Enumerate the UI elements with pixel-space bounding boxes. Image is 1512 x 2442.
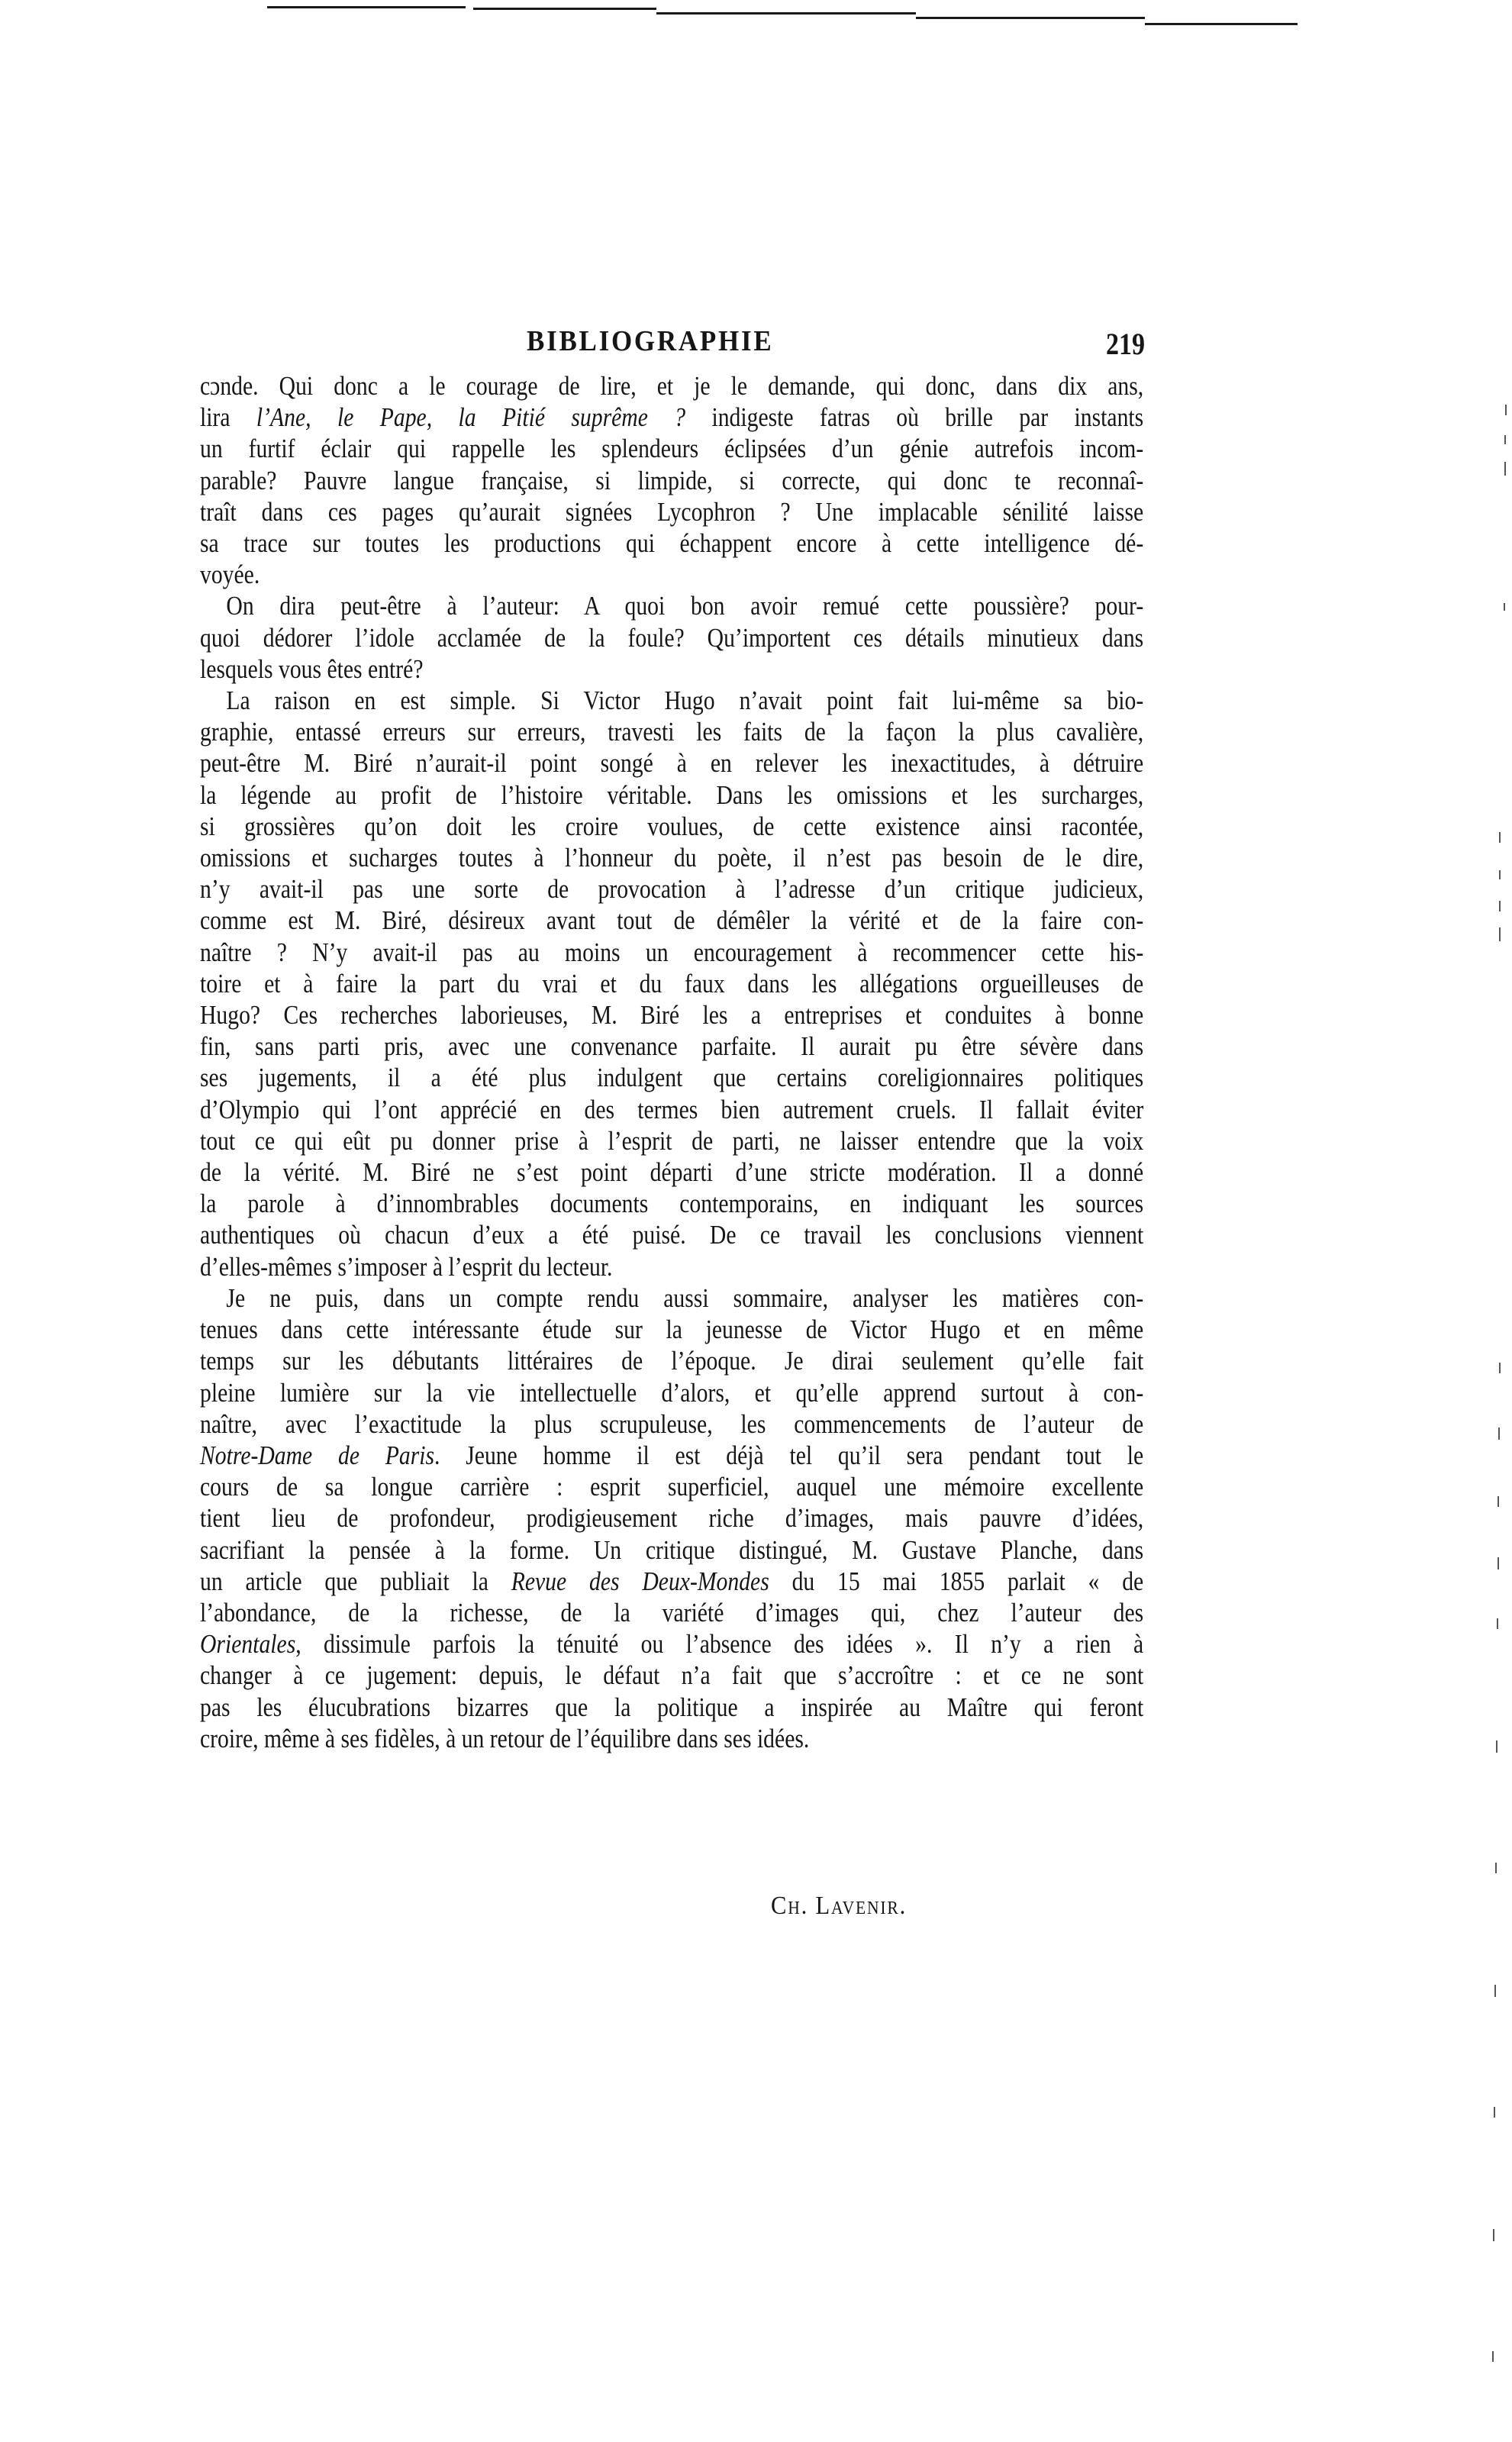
text-line: peut-être M. Biré n’aurait-il point song… [200, 748, 1143, 779]
text-line: lesquels vous êtes entré? [200, 654, 1143, 686]
text-line: toire et à faire la part du vrai et du f… [200, 969, 1143, 1000]
paragraph: Je ne puis, dans un compte rendu aussi s… [200, 1283, 1143, 1755]
text-line: omissions et sucharges toutes à l’honneu… [200, 843, 1143, 874]
text-line: comme est M. Biré, désireux avant tout d… [200, 905, 1143, 937]
text-line: de la vérité. M. Biré ne s’est point dép… [200, 1157, 1143, 1189]
text-run: lira [200, 403, 256, 432]
page-number: 219 [1106, 326, 1145, 362]
text-line: pas les élucubrations bizarres que la po… [200, 1692, 1143, 1724]
text-line: La raison en est simple. Si Victor Hugo … [200, 686, 1143, 717]
text-line: cours de sa longue carrière : esprit sup… [200, 1472, 1143, 1503]
text-run: indigeste fatras où brille par instants [685, 403, 1143, 432]
text-line: authentiques où chacun d’eux a été puisé… [200, 1220, 1143, 1251]
text-line: fin, sans parti pris, avec une convenanc… [200, 1031, 1143, 1063]
text-line: voyée. [200, 560, 1143, 591]
text-line: naître ? N’y avait-il pas au moins un en… [200, 937, 1143, 969]
running-head: BIBLIOGRAPHIE [527, 324, 773, 358]
text-run: du 15 mai 1855 parlait « de [769, 1567, 1143, 1596]
page-header: BIBLIOGRAPHIE 219 [200, 324, 1145, 361]
text-line: tout ce qui eût pu donner prise à l’espr… [200, 1126, 1143, 1157]
text-line: traît dans ces pages qu’aurait signées L… [200, 497, 1143, 528]
paragraph: cɔnde. Qui donc a le courage de lire, et… [200, 371, 1143, 591]
text-line: la légende au profit de l’histoire vérit… [200, 780, 1143, 811]
text-line: pleine lumière sur la vie intellectuelle… [200, 1378, 1143, 1409]
text-line: d’elles-mêmes s’imposer à l’esprit du le… [200, 1252, 1143, 1283]
author-signature: Ch. Lavenir. [771, 1892, 907, 1921]
text-line: Orientales, dissimule parfois la ténuité… [200, 1629, 1143, 1660]
text-line: d’Olympio qui l’ont apprécié en des term… [200, 1095, 1143, 1126]
text-line: Hugo? Ces recherches laborieuses, M. Bir… [200, 1000, 1143, 1031]
text-line: quoi dédorer l’idole acclamée de la foul… [200, 623, 1143, 654]
text-run: , dissimule parfois la ténuité ou l’abse… [295, 1630, 1143, 1659]
italic-title: Revue des Deux-Mondes [511, 1567, 769, 1596]
text-line: sacrifiant la pensée à la forme. Un crit… [200, 1535, 1143, 1566]
text-line: cɔnde. Qui donc a le courage de lire, et… [200, 371, 1143, 402]
text-run: un article que publiait la [200, 1567, 511, 1596]
paragraph: On dira peut-être à l’auteur: A quoi bon… [200, 591, 1143, 686]
article-body: cɔnde. Qui donc a le courage de lire, et… [200, 371, 1143, 1755]
text-run: . Jeune homme il est déjà tel qu’il sera… [434, 1441, 1143, 1470]
italic-title: Orientales [200, 1630, 295, 1659]
paragraph: La raison en est simple. Si Victor Hugo … [200, 686, 1143, 1283]
scan-edge-artifact [168, 6, 1298, 37]
text-line: graphie, entassé erreurs sur erreurs, tr… [200, 717, 1143, 748]
text-line: n’y avait-il pas une sorte de provocatio… [200, 874, 1143, 905]
text-line: Notre-Dame de Paris. Jeune homme il est … [200, 1440, 1143, 1472]
text-line: naître, avec l’exactitude la plus scrupu… [200, 1409, 1143, 1440]
text-line: parable? Pauvre langue française, si lim… [200, 466, 1143, 497]
text-line: ses jugements, il a été plus indulgent q… [200, 1063, 1143, 1094]
text-line: un furtif éclair qui rappelle les splend… [200, 434, 1143, 465]
text-line: tient lieu de profondeur, prodigieusemen… [200, 1503, 1143, 1534]
text-line: un article que publiait la Revue des Deu… [200, 1566, 1143, 1598]
text-line: tenues dans cette intéressante étude sur… [200, 1315, 1143, 1346]
text-line: si grossières qu’on doit les croire voul… [200, 811, 1143, 843]
text-line: Je ne puis, dans un compte rendu aussi s… [200, 1283, 1143, 1315]
text-line: croire, même à ses fidèles, à un retour … [200, 1724, 1143, 1755]
text-line: On dira peut-être à l’auteur: A quoi bon… [200, 591, 1143, 622]
text-line: sa trace sur toutes les productions qui … [200, 528, 1143, 560]
text-line: la parole à d’innombrables documents con… [200, 1189, 1143, 1220]
text-line: l’abondance, de la richesse, de la varié… [200, 1598, 1143, 1629]
italic-title: l’Ane, le Pape, la Pitié suprême ? [256, 403, 685, 432]
text-line: lira l’Ane, le Pape, la Pitié suprême ? … [200, 402, 1143, 434]
text-line: changer à ce jugement: depuis, le défaut… [200, 1660, 1143, 1692]
italic-title: Notre-Dame de Paris [200, 1441, 434, 1470]
text-line: temps sur les débutants littéraires de l… [200, 1346, 1143, 1377]
